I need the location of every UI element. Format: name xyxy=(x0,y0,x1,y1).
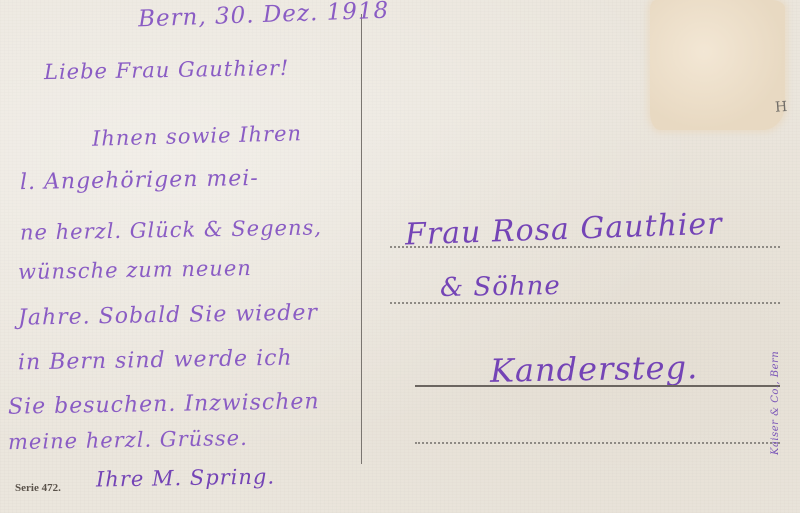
message-line-1: Ihnen sowie Ihren xyxy=(92,121,303,150)
message-line-2: l. Angehörigen mei- xyxy=(20,166,259,195)
address-dotted-line-1 xyxy=(390,246,780,248)
message-line-7: Sie besuchen. Inzwischen xyxy=(8,389,320,419)
message-line-4: wünsche zum neuen xyxy=(18,256,252,284)
address-line-2: & Söhne xyxy=(440,271,561,303)
salutation: Liebe Frau Gauthier! xyxy=(44,56,290,84)
message-line-3: ne herzl. Glück & Segens, xyxy=(20,215,322,244)
series-number: Serie 472. xyxy=(15,482,61,494)
place-date: Bern, 30. Dez. 1918 xyxy=(138,0,390,32)
stamp-residue xyxy=(650,0,785,130)
message-line-6: in Bern sind werde ich xyxy=(18,346,293,376)
postmark-fragment: H xyxy=(775,99,800,140)
address-solid-line xyxy=(415,385,780,387)
publisher-imprint: Kaiser & Co., Bern xyxy=(770,351,781,455)
postcard-back: H Bern, 30. Dez. 1918 Liebe Frau Gauthie… xyxy=(0,0,800,513)
address-dotted-line-3 xyxy=(415,442,780,444)
message-line-8: meine herzl. Grüsse. xyxy=(8,426,248,454)
center-divider-line xyxy=(361,14,362,464)
address-line-3: Kandersteg. xyxy=(490,348,699,390)
address-dotted-line-2 xyxy=(390,302,780,304)
message-line-5: Jahre. Sobald Sie wieder xyxy=(18,300,318,330)
closing-signature: Ihre M. Spring. xyxy=(96,464,275,491)
